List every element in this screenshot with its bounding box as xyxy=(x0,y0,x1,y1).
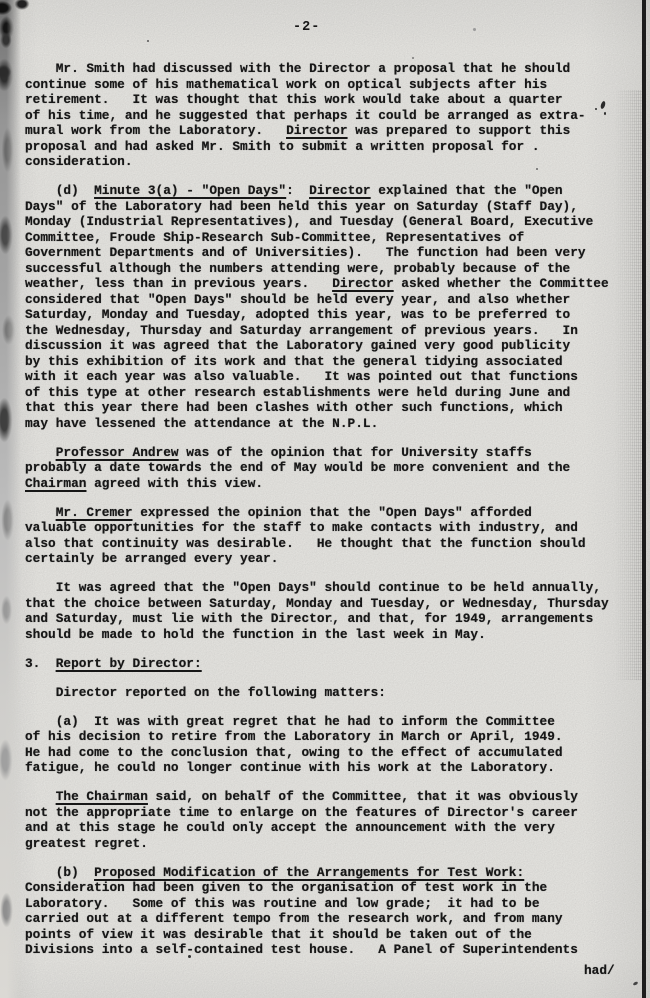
item-a-retirement-paragraph: (a) It was with great regret that he had… xyxy=(25,714,633,776)
text-line: fatigue, he could no longer continue wit… xyxy=(25,760,633,776)
catchword: had/ xyxy=(584,963,615,978)
underlined-text: Director xyxy=(286,123,347,138)
text-line: consideration. xyxy=(25,154,633,170)
underlined-text: Chairman xyxy=(25,476,86,491)
director-reported-line: Director reported on the following matte… xyxy=(25,685,633,701)
text-line: Monday (Industrial Representatives), and… xyxy=(25,214,633,230)
minute-3a-open-days-paragraph: (d) Minute 3(a) - "Open Days": Director … xyxy=(25,183,633,431)
text-line: successful although the numbers attendin… xyxy=(25,261,633,277)
text-line: of this type at other research establish… xyxy=(25,385,633,401)
scan-speck xyxy=(412,57,414,59)
text-line: Saturday, Monday and Tuesday, adopted th… xyxy=(25,307,633,323)
scan-speck xyxy=(473,28,476,31)
text-line: It was agreed that the "Open Days" shoul… xyxy=(25,580,633,596)
scan-edge-line-right xyxy=(642,0,646,998)
text-line: Mr. Smith had discussed with the Directo… xyxy=(25,61,633,77)
text-line: may have lessened the attendance at the … xyxy=(25,416,633,432)
mr-cremer-paragraph: Mr. Cremer expressed the opinion that th… xyxy=(25,505,633,567)
scanned-document-screenshot: { "scan": { "page_number": "-2-", "catch… xyxy=(0,0,650,998)
text-line: the Wednesday, Thursday and Saturday arr… xyxy=(25,323,633,339)
text-line: valuable opportunities for the staff to … xyxy=(25,520,633,536)
text-line: Director reported on the following matte… xyxy=(25,685,633,701)
professor-andrew-paragraph: Professor Andrew was of the opinion that… xyxy=(25,445,633,492)
text-line: discussion it was agreed that the Labora… xyxy=(25,338,633,354)
text-line: Mr. Cremer expressed the opinion that th… xyxy=(25,505,633,521)
scan-speck xyxy=(633,981,639,986)
text-line: Committee, Froude Ship-Research Sub-Comm… xyxy=(25,230,633,246)
text-line: not the appropriate time to enlarge on t… xyxy=(25,805,633,821)
text-line: considered that "Open Days" should be he… xyxy=(25,292,633,308)
text-line: should be made to hold the function in t… xyxy=(25,627,633,643)
underlined-text: Proposed Modification of the Arrangement… xyxy=(94,865,524,880)
text-line: with it each year was also valuable. It … xyxy=(25,369,633,385)
underlined-text: Minute 3(a) - "Open Days" xyxy=(94,183,286,198)
page-number: -2- xyxy=(293,20,320,35)
text-line: proposal and had asked Mr. Smith to subm… xyxy=(25,139,633,155)
section-3-heading: 3. Report by Director: xyxy=(25,656,633,672)
open-days-agreement-paragraph: It was agreed that the "Open Days" shoul… xyxy=(25,580,633,642)
text-line: that this year there had been clashes wi… xyxy=(25,400,633,416)
text-line: weather, less than in previous years. Di… xyxy=(25,276,633,292)
text-line: that the choice between Saturday, Monday… xyxy=(25,596,633,612)
text-line: Laboratory. Some of this was routine and… xyxy=(25,896,633,912)
text-line: The Chairman said, on behalf of the Comm… xyxy=(25,789,633,805)
underlined-text: Report by Director: xyxy=(56,656,202,671)
text-line: He had come to the conclusion that, owin… xyxy=(25,745,633,761)
text-line: Days" of the Laboratory had been held th… xyxy=(25,199,633,215)
opening-paragraph: Mr. Smith had discussed with the Directo… xyxy=(25,61,633,170)
text-line: 3. Report by Director: xyxy=(25,656,633,672)
text-line: probably a date towards the end of May w… xyxy=(25,460,633,476)
text-line: and Saturday, must lie with the Director… xyxy=(25,611,633,627)
text-line: Professor Andrew was of the opinion that… xyxy=(25,445,633,461)
text-line: certainly be arranged every year. xyxy=(25,551,633,567)
document-body: Mr. Smith had discussed with the Directo… xyxy=(25,61,633,971)
item-b-test-work-paragraph: (b) Proposed Modification of the Arrange… xyxy=(25,865,633,958)
text-line: Government Departments and of Universiti… xyxy=(25,245,633,261)
chairman-regret-paragraph: The Chairman said, on behalf of the Comm… xyxy=(25,789,633,851)
text-line: Divisions into a self-contained test hou… xyxy=(25,942,633,958)
text-line: mural work from the Laboratory. Director… xyxy=(25,123,633,139)
text-line: (a) It was with great regret that he had… xyxy=(25,714,633,730)
underlined-text: Director xyxy=(332,276,393,291)
text-line: of his decision to retire from the Labor… xyxy=(25,729,633,745)
scan-speck xyxy=(147,40,149,42)
text-line: also that continuity was desirable. He t… xyxy=(25,536,633,552)
underlined-text: Professor Andrew xyxy=(56,445,179,460)
underlined-text: The Chairman xyxy=(56,789,148,804)
text-line: by this exhibition of its work and that … xyxy=(25,354,633,370)
text-line: continue some of his mathematical work o… xyxy=(25,77,633,93)
text-line: Chairman agreed with this view. xyxy=(25,476,633,492)
scan-edge-artifact-left xyxy=(0,0,22,998)
underlined-text: Director xyxy=(309,183,370,198)
text-line: Consideration had been given to the orga… xyxy=(25,880,633,896)
text-line: carried out at a different tempo from th… xyxy=(25,911,633,927)
underlined-text: Mr. Cremer xyxy=(56,505,133,520)
text-line: (b) Proposed Modification of the Arrange… xyxy=(25,865,633,881)
scanned-page: -2- Mr. Smith had discussed with the Dir… xyxy=(0,0,650,998)
text-line: points of view it was desirable that it … xyxy=(25,927,633,943)
text-line: (d) Minute 3(a) - "Open Days": Director … xyxy=(25,183,633,199)
text-line: and at this stage he could only accept t… xyxy=(25,820,633,836)
text-line: of his time, and he suggested that perha… xyxy=(25,108,633,124)
text-line: greatest regret. xyxy=(25,836,633,852)
text-line: retirement. It was thought that this wor… xyxy=(25,92,633,108)
